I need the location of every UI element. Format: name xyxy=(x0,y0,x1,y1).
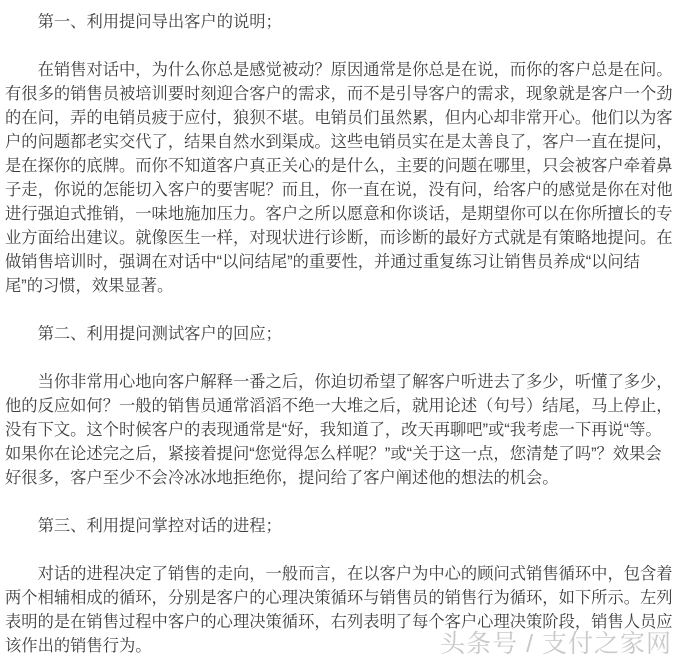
section-2-heading: 第二、利用提问测试客户的回应； xyxy=(5,322,677,346)
section-3-heading: 第三、利用提问掌控对话的进程； xyxy=(5,514,677,538)
article-page: 第一、利用提问导出客户的说明； 在销售对话中，为什么你总是感觉被动？原因通常是你… xyxy=(0,0,682,661)
section-1-heading: 第一、利用提问导出客户的说明； xyxy=(5,10,677,34)
section-2-paragraph: 当你非常用心地向客户解释一番之后，你迫切希望了解客户听进去了多少，听懂了多少，他… xyxy=(5,370,677,490)
section-3-paragraph: 对话的进程决定了销售的走向，一般而言，在以客户为中心的顾问式销售循环中，包含着两… xyxy=(5,562,677,658)
section-1-paragraph: 在销售对话中，为什么你总是感觉被动？原因通常是你总是在说，而你的客户总是在问。有… xyxy=(5,58,677,298)
